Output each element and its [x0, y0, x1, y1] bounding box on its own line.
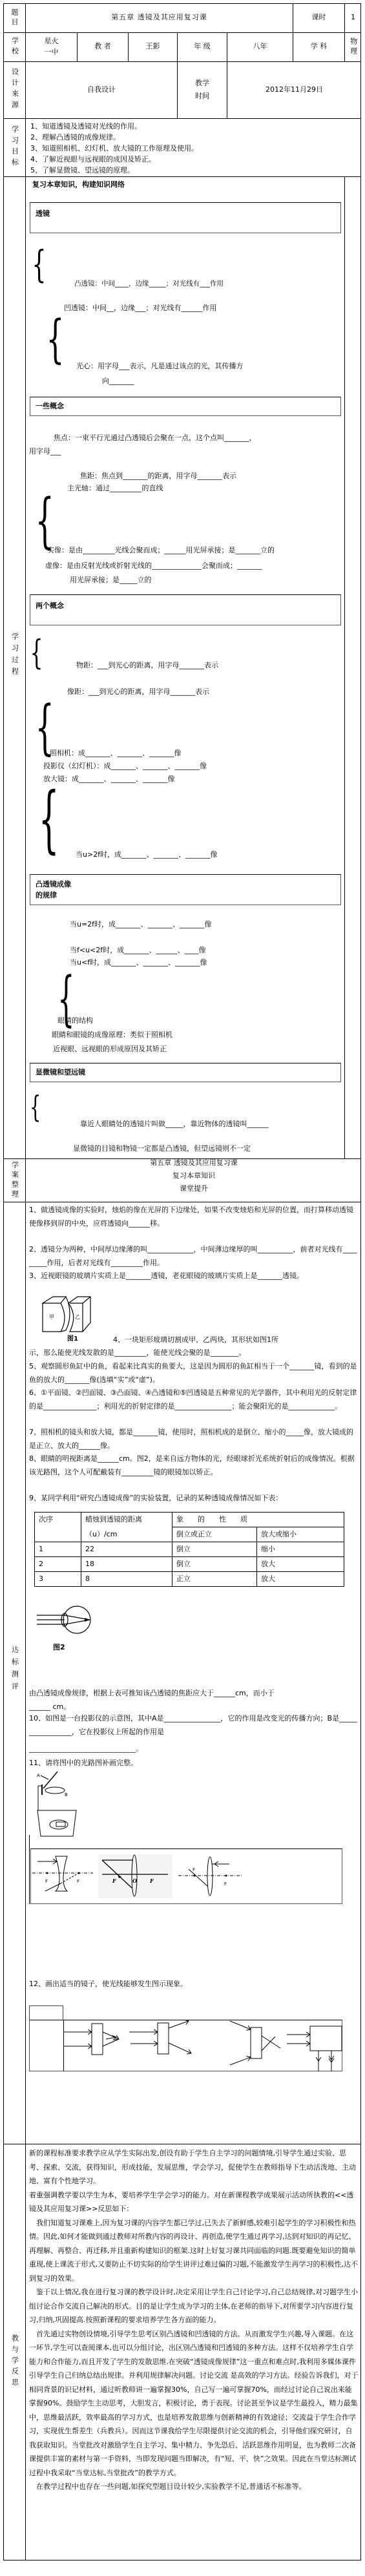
table-header-cell: 放大或缩小 [257, 1527, 344, 1542]
figure-border [29, 1835, 30, 1904]
table-header-cell: （u）/cm [81, 1527, 172, 1542]
summary-line: 课堂提升 [136, 1182, 252, 1195]
objective-item: 3、知道照相机、幻灯机、放大镜的工作原理及使用。 [30, 144, 198, 153]
u-eq-2f-line: 当u=2f时，成_______、_______、_______像 [70, 920, 212, 929]
virtual-image-line-cont: 用光屏承接；是_____立的 [70, 576, 152, 585]
camera-line: 照相机：成_______、_______、_______像 [50, 749, 182, 758]
question-2: 2、透镜分为两种，中间厚边缘薄的叫_____________，中间薄边缘厚的叫_… [29, 1243, 359, 1270]
table-cell: 22 [81, 1542, 172, 1557]
row-divider [3, 118, 361, 119]
rules-title-line-2: 的规律 [36, 891, 57, 899]
svg-text:A: A [37, 1773, 40, 1778]
teach-time-text: 教学时间 [194, 77, 210, 103]
u-lt-f-line: 当u<f时，成_______、_______、_______像 [70, 958, 207, 967]
figure-1-label-yi: 乙 [75, 1314, 80, 1320]
table-header-cell: 象 的 性 质 [172, 1513, 344, 1527]
reflection-label: 教与学反思 [3, 2326, 26, 2397]
cell-divider [344, 176, 345, 1158]
reflection-body: 新的课程标准要求教学应从学生实际出发,创设有助于学生自主学习的问题情境,引导学生… [29, 2146, 359, 2494]
summary-label: 学案整理 [3, 1158, 26, 1202]
reflection-paragraph: 着重强调教学要以学生为本，要培养学生学会学习的能力。对在新课程教学成果展示活动所… [29, 2188, 359, 2216]
projector-line: 投影仪（幻灯机）：成_______、_______、_______像 [43, 762, 207, 771]
question-1: 1、做透镜成像的实验时，烛焰的像在光屏的下边缘处，如果不改变烛焰和光屏的位置，而… [29, 1204, 359, 1230]
u-gt-2f-line: 当u>2f时，成_______、_______、_______像 [76, 850, 218, 859]
design-source-label: 设计来源 [3, 61, 26, 118]
focus-line: 焦点：一束平行光通过凸透镜后会聚在一点，这个点叫_______， [54, 434, 256, 443]
assessment-label: 达标测评 [3, 1641, 26, 1699]
objectives-label: 学习目标 [3, 118, 26, 176]
question-10: 10、如图是一台投影仪的示意图，其中A是________________，它的作… [29, 1712, 359, 1739]
table-cell: 缩小 [257, 1542, 344, 1557]
summary-line: 第五章 透镜及其应用复习课 [136, 1157, 252, 1169]
table-header-row: 次序 蜡烛到透镜的距离 象 的 性 质 [35, 1513, 344, 1527]
question-3: 3、近视眼镜的玻璃片实质上是_______透镜，老花眼镜的玻璃片实质上是____… [29, 1270, 359, 1283]
lesson-title: 第五章 透镜及其应用复习课 [26, 3, 293, 32]
reflection-paragraph: 新的课程标准要求教学应从学生实际出发,创设有助于学生自主学习的问题情境,引导学生… [29, 2146, 359, 2188]
row-divider [3, 2144, 361, 2144]
figure-small-box [29, 2005, 63, 2020]
objective-item: 1、知道透镜及透镜对光线的作用。 [30, 122, 141, 131]
table-cell: 倒立 [172, 1557, 257, 1572]
question-9: 9、某同学利用“研究凸透镜成像”的实验装置，记录的某种透镜成像情况如下表： [29, 1492, 359, 1505]
reflection-paragraph: 鉴于以上情况,我在进行复习课的教学设计时,决定采用让学生自己讨论学习,自己总结规… [29, 2285, 359, 2327]
table-header-cell: 倒立或正立 [172, 1527, 257, 1542]
objective-item: 5、了解显微镜、望远镜的原理。 [30, 166, 134, 175]
table-cell: 放大 [257, 1557, 344, 1572]
focus-line-cont: 用字母___ [29, 447, 61, 456]
objective-item: 4、了解近视眼与远视眼的成因及矫正。 [30, 155, 156, 164]
summary-label-text: 学案整理 [8, 1161, 21, 1200]
left-brace-icon: { [46, 313, 64, 365]
image-distance-line: 像距：___到光心的距离，用字母_______表示 [67, 687, 209, 696]
scopes-note-line: 显微镜的目镜和物镜一定都是凸透镜，但望远镜则不一定 [73, 1144, 251, 1153]
eyepiece-line: 靠近人眼睛处的透镜片叫做_____，靠近物体的透镜叫______ [80, 1120, 269, 1129]
optical-center-line-cont: 向_______ [102, 377, 134, 386]
subject-value: 物理 [345, 32, 361, 61]
svg-text:F: F [77, 1879, 79, 1884]
imaging-record-table: 次序 蜡烛到透镜的距离 象 的 性 质 （u）/cm 倒立或正立 放大或缩小 1… [34, 1512, 344, 1587]
object-distance-line: 物距：___到光心的距离，用字母_______表示 [76, 661, 218, 670]
grade-label: 年 级 [178, 32, 227, 61]
table-row: 1 22 倒立 缩小 [35, 1542, 344, 1557]
topic-label: 题目 [3, 3, 26, 32]
virtual-image-line: 虚像：是由反射光线或折射光线的______________会聚而成；______… [45, 561, 262, 571]
period-label: 课时 [293, 3, 344, 32]
objectives-label-text: 学习目标 [8, 125, 21, 169]
school-name: 星火一中 [42, 36, 61, 58]
table-header-cell: 蜡烛到透镜的距离 [81, 1513, 172, 1527]
table-row: 3 8 正立 放大 [35, 1572, 344, 1587]
question-11: 11、请将图中的光路图补画完整。 [29, 1759, 138, 1768]
mirror-diagrams [63, 2020, 342, 2071]
topic-label-text: 题目 [9, 8, 20, 28]
question-4-cont: 示，那么能使光线发散的是_________，能使光线会聚的是________。 [29, 1348, 246, 1357]
svg-text:F: F [45, 1879, 48, 1884]
section-title-scopes: 显微镜和望远镜 [36, 1067, 85, 1078]
left-brace-icon: { [30, 636, 43, 670]
table-header-row: （u）/cm 倒立或正立 放大或缩小 [35, 1527, 344, 1542]
optical-center-line: 光心：用字母___表示，凡是通过该点的光，其传播方 [76, 362, 244, 371]
table-cell: 倒立 [172, 1542, 257, 1557]
table-cell: 18 [81, 1557, 172, 1572]
figure-1-caption: 图1 [67, 1335, 78, 1344]
question-9-answer: 由凸透镜成像规律，根据上表可推知该凸透镜的焦距应大于______cm，而小于 [29, 1689, 275, 1698]
table-cell: 正立 [172, 1572, 257, 1587]
process-heading: 复习本章知识，构建知识网络 [32, 180, 125, 189]
real-image-line: 实像：是由_________光线会聚而成；______用光屏承接；是______… [47, 546, 275, 555]
teacher-label: 教 者 [78, 32, 128, 61]
figure-2-caption: 图2 [53, 1643, 65, 1652]
reflection-paragraph: 在教学过程中也存在一些问题,如探究型题目设计较少,实验教学不足,普通话不标准等。 [29, 2480, 359, 2494]
figure-1-label-jia: 甲 [49, 1314, 54, 1320]
section-box-rules: 凸透镜成像 的规律 [30, 874, 341, 905]
table-cell: 8 [81, 1572, 172, 1587]
subject-name: 物理 [348, 37, 359, 57]
design-source-value: 自我设计 [26, 61, 177, 118]
f-lt-u-lt-2f-line: 当f<u<2f时，成_______、______、____像 [70, 946, 206, 955]
section-box-two-concepts: 两个概念 [30, 594, 341, 625]
main-axis-line: 主光轴：通过_________的直线 [67, 484, 163, 493]
left-brace-icon: { [30, 1092, 41, 1122]
table-cell: 1 [35, 1542, 81, 1557]
table-cell: 2 [35, 1557, 81, 1572]
section-box-lens: 透镜 [30, 202, 341, 233]
question-7: 7、照相机的镜头和放大镜，都是_______镜，使用时，照相机成的是倒立、缩小的… [29, 1426, 359, 1452]
svg-text:B: B [65, 1792, 68, 1797]
reflection-paragraph: 首先通过实物创设情境,引导学生思考区别凸透镜和凹透镜的方法。从而激发学生兴趣,导… [29, 2327, 359, 2480]
section-title-lens: 透镜 [36, 208, 50, 220]
summary-line: 复习本章知识 [136, 1169, 252, 1182]
question-12: 12、画出适当的镜子，使光线能够发生图示现象。 [29, 1980, 187, 1989]
school-label: 学校 [3, 32, 26, 61]
reflection-label-text: 教与学反思 [8, 2334, 21, 2389]
school-label-text: 学校 [8, 37, 21, 58]
reflection-paragraph: 我们知道复习课难上,因为复习课的内容学生都已学过,已失去了新鲜感,较难引起学生的… [29, 2216, 359, 2286]
section-box-concepts: 一些概念 [30, 397, 341, 416]
question-5: 5、观察圆形鱼缸中的鱼，看起来比真实的鱼要大，这是因为圆形的鱼缸相当于一个___… [29, 1360, 359, 1387]
left-brace-icon: { [39, 783, 59, 855]
section-title-concepts: 一些概念 [36, 401, 64, 412]
question-4: 4、一块矩形玻璃切割成甲、乙两块，其形状如图1所 [113, 1335, 278, 1345]
section-title-two-concepts: 两个概念 [36, 600, 64, 612]
figure-1-glass-blocks: 甲 乙 [37, 1295, 121, 1335]
magnifier-line: 放大镜：成_______、_______、_______像 [43, 775, 175, 784]
school-value: 星火一中 [26, 32, 77, 61]
subject-label: 学 科 [293, 32, 344, 61]
projector-diagram: A B [36, 1769, 81, 1839]
row-divider [3, 1202, 361, 1202]
assessment-label-text: 达标测评 [8, 1646, 21, 1695]
left-brace-icon: { [32, 246, 46, 283]
svg-text:F: F [193, 1867, 195, 1872]
rules-title-line-1: 凸透镜成像 [36, 880, 71, 888]
table-cell: 放大 [257, 1572, 344, 1587]
design-source-text: 设计来源 [8, 68, 21, 112]
question-8: 8、眼睛的明视距离是______cm。图2，是来自远方物体的光，经眼球折光系统折… [29, 1452, 359, 1479]
question-10-blank: ______________________________。 [29, 1744, 143, 1754]
eye-principle-line: 眼睛和眼镜的成像原理：类似于照相机 [52, 1031, 172, 1040]
svg-text:F: F [224, 1881, 227, 1887]
figure-2-eye-diagram [36, 1606, 100, 1642]
teacher-value: 王影 [129, 32, 177, 61]
period-value: 1 [345, 3, 361, 32]
eye-structure-line: 眼睛的结构 [57, 1016, 93, 1025]
process-label-text: 学习过程 [8, 633, 21, 679]
left-brace-icon: { [36, 491, 54, 550]
svg-text:O: O [132, 1878, 137, 1884]
process-label: 学习过程 [3, 620, 26, 691]
table-cell: 3 [35, 1572, 81, 1587]
table-row: 2 18 倒立 放大 [35, 1557, 344, 1572]
section-box-scopes: 显微镜和望远镜 [30, 1063, 341, 1082]
convex-lens-line: 凸透镜：中间____，边缘_____；对光线有___作用 [74, 279, 224, 288]
lens-ray-diagrams: F F F O F F F [31, 1854, 276, 1900]
eye-correction-line: 近视眼、远视眼的形成原因及其矫正 [53, 1045, 167, 1054]
grade-value: 八年 [227, 32, 293, 61]
section-title-rules: 凸透镜成像 的规律 [36, 879, 71, 901]
concave-lens-line: 凹透镜：中间__，边缘___；对光线有______作用 [64, 304, 217, 313]
table-header-cell: 次序 [35, 1513, 81, 1542]
row-divider [3, 176, 361, 177]
objective-item: 2、理解凸透镜的成像规律。 [30, 133, 120, 142]
label-column-divider [25, 3, 26, 2560]
question-6: 6、①平面镜、②凹面镜、③凸面镜、④凸透镜和⑤凹透镜是五种常见的光学器件，其中利… [29, 1387, 359, 1413]
question-9-answer-cont: ______ cm。 [29, 1702, 70, 1712]
focal-length-line: 焦距：焦点到_______的距离，用字母_______表示 [80, 472, 236, 481]
teach-time-value: 2012年11月29日 [227, 61, 361, 118]
teach-time-label: 教学时间 [178, 61, 227, 118]
